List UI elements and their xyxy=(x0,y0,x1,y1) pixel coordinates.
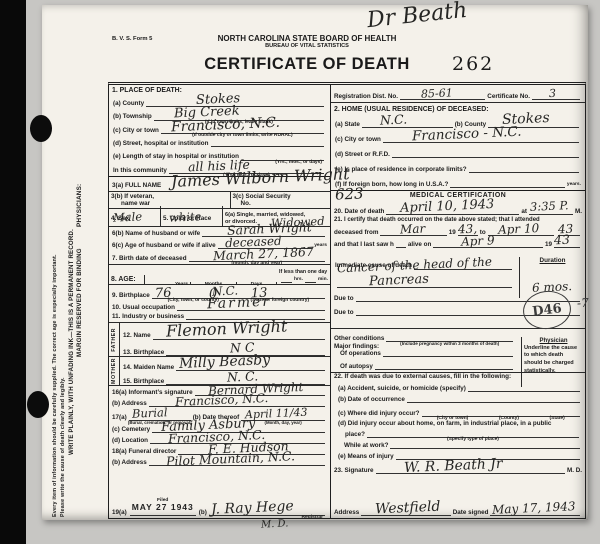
physician-address-label: Address xyxy=(334,509,359,516)
field-sex: 4. Sex Male xyxy=(109,206,161,226)
date-signed-line: May 17, 1943 xyxy=(490,514,580,516)
ssn-label-2: No. xyxy=(233,200,328,207)
certificate-title: CERTIFICATE OF DEATH xyxy=(192,55,422,74)
injury-place-label: (c) Where did injury occur? xyxy=(334,410,420,417)
duration-label: Duration xyxy=(520,257,585,264)
field-injury-place: (c) Where did injury occur? (City or tow… xyxy=(331,405,585,419)
field-registration: Registration Dist. No. 85-61 Certificate… xyxy=(331,85,585,103)
injury-type-line: (Specify type of place) xyxy=(367,436,579,438)
mother-bp-label: 15. Birthplace xyxy=(123,378,164,385)
hw-burial: Burial xyxy=(132,407,168,420)
handwritten-doctor-note: Dr Beath xyxy=(366,0,468,32)
hw-sex: Male xyxy=(113,211,143,224)
hw-birthdate: March 27, 1867 xyxy=(213,246,314,263)
field-home-foreign: (f) If foreign born, how long in U.S.A.?… xyxy=(334,173,582,188)
certify-saw-label: and that I last saw h xyxy=(334,241,394,248)
age-label-cell: 8. AGE: xyxy=(109,275,145,284)
group-father: FATHER 12. Name Flemon Wright 13. Birthp… xyxy=(109,323,330,357)
father-bp-label: 13. Birthplace xyxy=(123,349,164,356)
occupation-line: Farmer xyxy=(177,309,325,311)
hw-registration-dist: 85-61 xyxy=(421,87,453,99)
certificate-form: 1. PLACE OF DEATH: (a) County Stokes (b)… xyxy=(108,82,586,519)
city-label: (c) City or town xyxy=(113,127,159,134)
registrar-label: (b) xyxy=(199,509,207,516)
occupation-label: 10. Usual occupation xyxy=(112,304,175,311)
hw-city: Francisco, N.C. xyxy=(170,116,279,135)
township-label: (b) Township xyxy=(113,113,152,120)
certify-saw-year-line: 43 xyxy=(554,246,580,248)
form-number: B. V. S. Form 5 xyxy=(112,36,152,43)
hw-cause-code: D46 xyxy=(532,301,563,319)
while-at-work-line xyxy=(390,447,580,449)
margin-note-binding: MARGIN RESERVED FOR BINDING xyxy=(76,248,83,357)
birthplace-label: 9. Birthplace xyxy=(112,292,150,299)
certify-him-line xyxy=(396,246,406,248)
spouse-age-suffix: years xyxy=(314,244,327,249)
field-filed-registrar: 19(a) MAY 27 1943 Filed (b) J. Ray Hege … xyxy=(109,468,330,518)
field-city: (c) City or town Francisco, N.C. (If out… xyxy=(112,121,327,134)
statistical-note-box: Physician Underline the cause to which d… xyxy=(521,337,585,387)
location-label: (d) Location xyxy=(112,437,148,444)
occurrence-date-line xyxy=(407,401,580,403)
age-hrs-label: hrs. xyxy=(294,278,303,283)
spouse-label: 6(b) Name of husband or wife xyxy=(112,230,200,237)
home-street-label: (d) Street or R.F.D. xyxy=(335,151,390,158)
age-hrs-line xyxy=(281,281,292,283)
external-causes-title: 22. If death was due to external causes,… xyxy=(334,373,511,380)
mother-group-label-cell: MOTHER xyxy=(109,357,120,385)
hw-registrar-md: M. D. xyxy=(261,519,289,530)
field-ssn: 3(c) Social Security No. xyxy=(231,192,330,208)
field-while-at-work: While at work? xyxy=(331,440,585,451)
hw-last-saw-year: 43 xyxy=(554,234,570,247)
date-of-death-at-label: at xyxy=(521,208,527,215)
field-director-address: (b) Address Pilot Mountain, N.C. xyxy=(109,457,330,468)
field-race: 5. Color or Race white xyxy=(161,206,223,226)
home-foreign-line xyxy=(450,186,565,188)
field-injury-location-type: (d) Did injury occur about home, on farm… xyxy=(331,419,585,440)
section-place-of-death: 1. PLACE OF DEATH: (a) County Stokes (b)… xyxy=(109,85,330,177)
date-of-death-label: 20. Date of death xyxy=(334,208,384,215)
hole-punch-top xyxy=(30,115,52,142)
other-conditions-line: (Include pregnancy within 3 months of de… xyxy=(386,340,513,342)
accident-line xyxy=(468,390,580,392)
signature-line: W. R. Beath Jr xyxy=(376,472,565,474)
scan-edge-bar xyxy=(0,0,26,544)
age-min-line xyxy=(305,281,316,283)
physician-address-line: Westfield xyxy=(361,514,451,516)
certify-from-line: Mar xyxy=(380,234,446,236)
ssn-label-1: 3(c) Social Security xyxy=(233,193,328,200)
registrar-note: Registrar xyxy=(302,516,323,521)
home-state-label: (a) State xyxy=(335,121,360,128)
age-years-cell: Years 76 xyxy=(145,282,191,284)
header-block: NORTH CAROLINA STATE BOARD OF HEALTH BUR… xyxy=(182,34,432,49)
row-age: 8. AGE: Years 76 Months 0 Days 13 xyxy=(109,264,330,285)
birthdate-line: March 27, 1867 (month, day and year) xyxy=(189,260,325,262)
cemetery-label: (c) Cemetery xyxy=(112,426,150,433)
field-date-of-death: 20. Date of death April 10, 1943 at 3:35… xyxy=(331,203,585,217)
father-group-label-cell: FATHER xyxy=(109,323,120,356)
due-to-label-1: Due to xyxy=(334,295,354,302)
autopsy-label: Of autopsy xyxy=(334,363,373,370)
certify-statement-line3: and that I last saw h alive on Apr 9 19 … xyxy=(331,238,585,250)
injury-place-line: (City or town) (County) (State) xyxy=(422,415,580,417)
hw-cause-code-suffix: -7 xyxy=(577,297,589,309)
hw-last-saw-date: Apr 9 xyxy=(460,234,494,247)
means-of-injury-label: (e) Means of injury xyxy=(334,453,394,460)
field-street: (d) Street, hospital or institution xyxy=(112,134,327,147)
injury-type-line2: place? (Specify type of place) xyxy=(334,427,582,438)
margin-note-write-plainly: WRITE PLAINLY, WITH UNFADING INK—THIS IS… xyxy=(68,229,75,455)
certificate-no-label: Certificate No. xyxy=(487,93,530,100)
street-label: (d) Street, hospital or institution xyxy=(113,140,209,147)
hw-occupation: Farmer xyxy=(206,295,271,312)
underline-cause-note: Underline the cause to which death shoul… xyxy=(524,345,583,375)
margin-note-physicians: PHYSICIANS: xyxy=(76,184,83,227)
hw-registrar-signature: J. Ray Hege xyxy=(211,499,294,517)
hw-director-address: Pilot Mountain, N.C. xyxy=(166,450,295,468)
certify-from-label: deceased from xyxy=(334,229,378,236)
date-of-death-line: April 10, 1943 xyxy=(386,213,519,215)
mother-group-label: MOTHER xyxy=(111,358,117,384)
hw-race: white xyxy=(169,211,202,224)
major-findings-label: Major findings: xyxy=(334,343,381,350)
field-occurrence-date: (b) Date of occurrence xyxy=(331,394,585,405)
filed-stamp-block: MAY 27 1943 Filed xyxy=(130,497,196,516)
hw-physician-signature: W. R. Beath Jr xyxy=(404,457,503,475)
scanned-death-certificate: Every item of information should be care… xyxy=(0,0,600,544)
field-full-name: 3(a) FULL NAME James Wilborn Wright xyxy=(109,177,330,192)
spouse-age-label: 6(c) Age of husband or wife if alive xyxy=(112,242,216,249)
community-label: In this community xyxy=(113,167,167,174)
occurrence-date-label: (b) Date of occurrence xyxy=(334,396,405,403)
age-label: 8. AGE: xyxy=(111,276,136,283)
operations-label: Of operations xyxy=(334,350,381,357)
certify-statement-line2: deceased from Mar 19 43, to Apr 10 43 xyxy=(331,226,585,238)
registrar-line: J. Ray Hege M. D. Registrar xyxy=(209,514,325,516)
bureau-title: BUREAU OF VITAL STATISTICS xyxy=(182,43,432,49)
hw-certificate-no: 3 xyxy=(549,88,556,99)
veteran-label-1: 3(b) If veteran, xyxy=(111,193,228,200)
certificate-no-line: 3 xyxy=(532,98,580,100)
certify-saw-line: Apr 9 xyxy=(433,246,543,248)
mother-name-label: 14. Maiden Name xyxy=(123,364,174,371)
hw-father-name: Flemon Wright xyxy=(166,318,288,339)
registration-dist-label: Registration Dist. No. xyxy=(334,93,398,100)
hw-date-of-death: April 10, 1943 xyxy=(399,198,494,215)
form-left-column: 1. PLACE OF DEATH: (a) County Stokes (b)… xyxy=(109,85,331,518)
due-to-label-2: Due to xyxy=(334,309,354,316)
field-home-city: (c) City or town Francisco - N.C. xyxy=(334,128,582,143)
operations-line xyxy=(383,355,513,357)
hw-informant-address: Francisco, N.C. xyxy=(175,392,269,408)
filed-label: 19(a) xyxy=(112,509,127,516)
home-city-label: (c) City or town xyxy=(335,136,381,143)
margin-note-legibly: Please write the cause of death clearly … xyxy=(60,377,66,517)
section-home-residence: 2. HOME (USUAL RESIDENCE) OF DECEASED: (… xyxy=(331,103,585,191)
hw-attended-to: Apr 10 xyxy=(497,222,539,236)
date-signed-label: Date signed xyxy=(453,509,489,516)
director-address-label: (b) Address xyxy=(112,459,147,466)
field-home-corporate: (e) Is place of residence in corporate l… xyxy=(334,158,582,173)
death-time-line: 3:35 P. xyxy=(529,213,573,215)
certificate-serial-stamp: 262 xyxy=(452,53,494,75)
field-spouse: 6(b) Name of husband or wife Sarah Wrigh… xyxy=(109,227,330,239)
signature-label: 23. Signature xyxy=(334,467,374,474)
age-less-cell: If less than one day hrs. min. xyxy=(277,269,330,284)
industry-label: 11. Industry or business xyxy=(112,313,184,320)
certify-year-prefix-2: 19 xyxy=(545,241,552,248)
physician-stat-label: Physician xyxy=(524,338,583,345)
age-min-label: min. xyxy=(318,278,328,283)
margin-note-supply: Every item of information should be care… xyxy=(52,254,58,517)
certify-year-prefix-1: 19 xyxy=(449,229,456,236)
field-father-name: 12. Name Flemon Wright xyxy=(120,323,330,340)
hw-physician-address: Westfield xyxy=(374,500,440,517)
certificate-paper: Every item of information should be care… xyxy=(42,5,588,520)
burial-label: 17(a) xyxy=(112,414,127,421)
injury-type-label-2: place? xyxy=(335,431,365,438)
form-right-column: Registration Dist. No. 85-61 Certificate… xyxy=(331,85,585,518)
field-physician-address: Address Westfield Date signed May 17, 19… xyxy=(331,476,585,518)
hw-home-city: Francisco - N.C. xyxy=(412,126,522,144)
field-home-street: (d) Street or R.F.D. xyxy=(334,143,582,158)
director-address-line: Pilot Mountain, N.C. xyxy=(149,464,325,466)
hw-age-years: 76 xyxy=(155,287,172,301)
hw-death-time: 3:35 P. xyxy=(530,200,569,213)
hw-physician-code: 623 xyxy=(335,186,364,202)
autopsy-line xyxy=(375,368,513,370)
field-physician-signature: 23. Signature W. R. Beath Jr M. D. xyxy=(331,462,585,476)
date-of-death-m-label: M. xyxy=(575,208,582,215)
board-title: NORTH CAROLINA STATE BOARD OF HEALTH xyxy=(182,34,432,43)
accident-label: (a) Accident, suicide, or homicide (spec… xyxy=(334,385,466,392)
full-name-label: 3(a) FULL NAME xyxy=(112,182,161,189)
age-less-label: If less than one day xyxy=(279,270,328,275)
hw-cause-2: Pancreas xyxy=(369,273,429,289)
certify-to-line: Apr 10 xyxy=(488,234,554,236)
field-birthdate: 7. Birth date of deceased March 27, 1867… xyxy=(109,251,330,264)
county-label: (a) County xyxy=(113,100,144,107)
while-at-work-label: While at work? xyxy=(334,442,388,449)
hw-date-signed: May 17, 1943 xyxy=(492,500,576,516)
hw-home-state: N.C. xyxy=(380,113,408,127)
certify-saw-label-2: alive on xyxy=(408,241,431,248)
registration-dist-line: 85-61 xyxy=(400,98,485,100)
field-mother-name: 14. Maiden Name Milly Beasby xyxy=(120,357,330,371)
father-group-label: FATHER xyxy=(111,328,117,352)
hw-attended-from: Mar xyxy=(400,222,426,235)
hole-punch-bottom xyxy=(27,391,49,418)
filed-note: Filed xyxy=(157,499,168,504)
field-occupation: 10. Usual occupation Farmer xyxy=(109,301,330,313)
injury-type-label-1: (d) Did injury occur about home, on farm… xyxy=(334,420,582,427)
home-foreign-suffix: years. xyxy=(567,183,581,188)
home-corporate-label: (e) Is place of residence in corporate l… xyxy=(335,166,467,173)
signature-md-label: M. D. xyxy=(567,467,582,474)
father-name-label: 12. Name xyxy=(123,332,151,339)
other-conditions-label: Other conditions xyxy=(334,335,384,342)
age-days-cell: Days 13 xyxy=(237,282,277,284)
birthdate-label: 7. Birth date of deceased xyxy=(112,255,187,262)
